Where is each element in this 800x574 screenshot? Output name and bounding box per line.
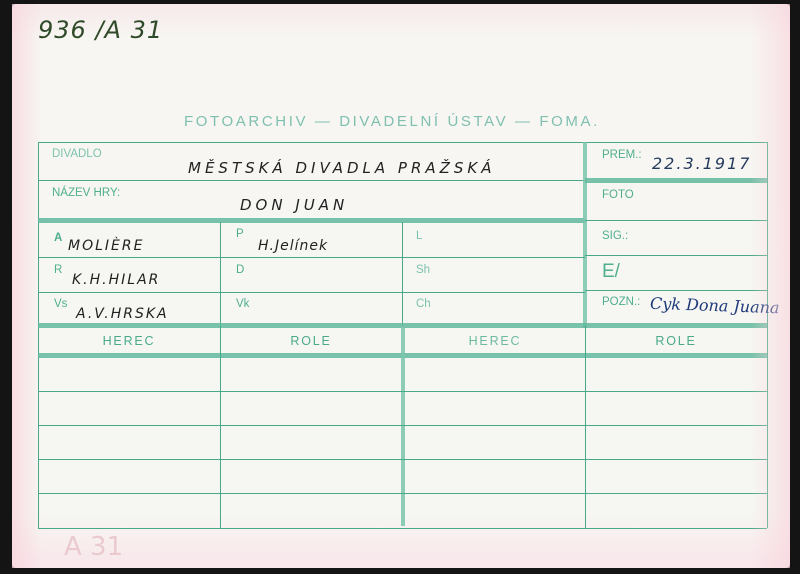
table-row[interactable]: [39, 392, 767, 425]
p-value[interactable]: H.Jelínek: [258, 238, 328, 254]
table-row[interactable]: [39, 357, 767, 391]
table-row[interactable]: [39, 460, 767, 493]
sig-label: SIG.:: [602, 230, 628, 242]
e-label: E/: [602, 261, 620, 283]
p-label: P: [236, 228, 244, 240]
d-label: D: [236, 264, 244, 276]
archive-number: 936 /A 31: [38, 16, 163, 44]
pozn-value[interactable]: Cyk Dona Juana: [650, 294, 780, 318]
foto-label: FOTO: [602, 189, 634, 201]
divadlo-label: DIVADLO: [52, 148, 102, 160]
vs-value[interactable]: A.V.HRSKA: [76, 306, 169, 322]
r-value[interactable]: K.H.HILAR: [72, 272, 160, 288]
prem-label: PREM.:: [602, 149, 642, 161]
pencil-mark: A 31: [64, 532, 123, 562]
card-header: FOTOARCHIV — DIVADELNÍ ÚSTAV — FOMA.: [184, 113, 600, 130]
a-value[interactable]: MOLIÈRE: [68, 238, 144, 254]
table-row[interactable]: [39, 426, 767, 459]
cast-header-herec-1: HEREC: [38, 334, 220, 348]
cast-header-role-2: ROLE: [585, 334, 767, 348]
prem-value[interactable]: 22.3.1917: [652, 154, 751, 173]
a-label: A: [54, 232, 62, 244]
nazev-hry-value[interactable]: DON JUAN: [240, 196, 348, 214]
cast-header-herec-2: HEREC: [404, 334, 586, 348]
archive-card: 936 /A 31 FOTOARCHIV — DIVADELNÍ ÚSTAV —…: [12, 4, 790, 568]
ch-label: Ch: [416, 298, 431, 310]
l-label: L: [416, 230, 422, 242]
divadlo-value[interactable]: MĚSTSKÁ DIVADLA PRAŽSKÁ: [188, 159, 496, 177]
vk-label: Vk: [236, 298, 249, 310]
nazev-hry-label: NÁZEV HRY:: [52, 187, 120, 199]
pozn-label: POZN.:: [602, 296, 640, 308]
cast-header-role-1: ROLE: [220, 334, 402, 348]
sh-label: Sh: [416, 264, 430, 276]
vs-label: Vs: [54, 298, 67, 310]
table-row[interactable]: [39, 494, 767, 528]
r-label: R: [54, 264, 62, 276]
